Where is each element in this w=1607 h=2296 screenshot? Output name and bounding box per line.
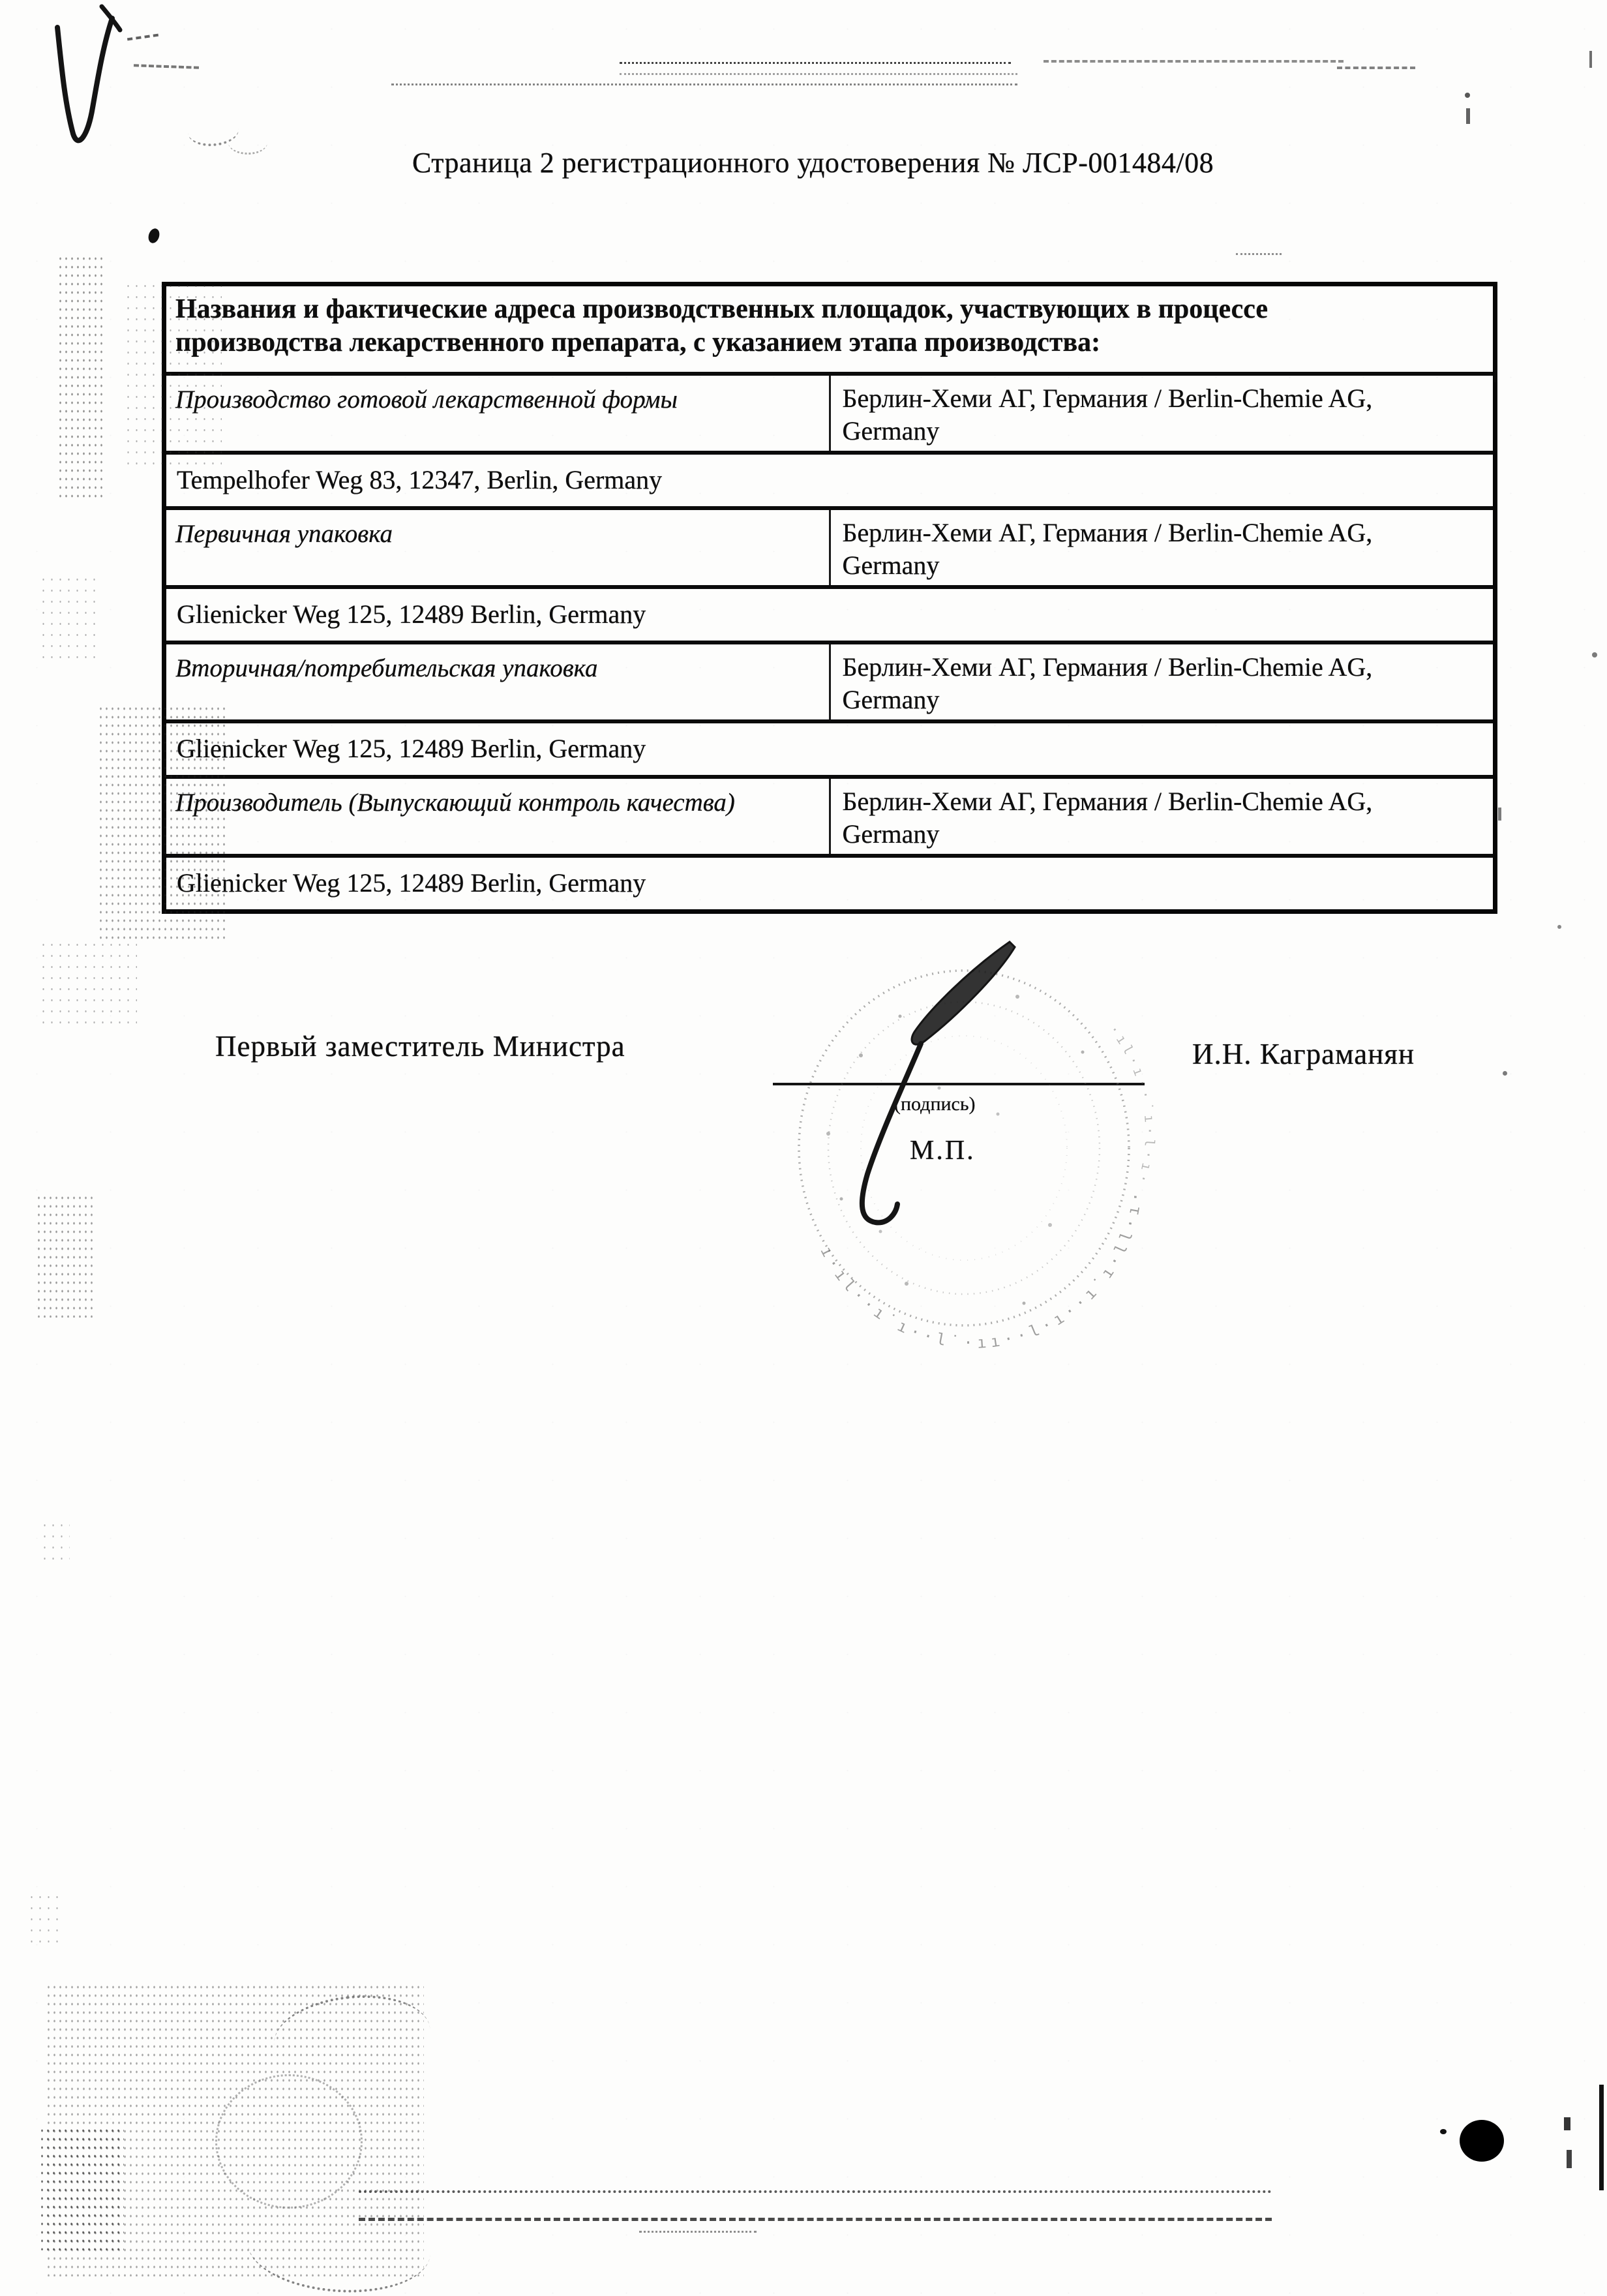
scan-artifact xyxy=(57,254,103,502)
table-row: Первичная упаковка Берлин-Хеми АГ, Герма… xyxy=(164,508,1495,587)
scan-artifact xyxy=(620,73,1017,75)
table-row: Производство готовой лекарственной формы… xyxy=(164,374,1495,453)
scan-artifact xyxy=(639,2231,757,2233)
official-stamp-and-signature: ı·ıl··ı˙ı··l˙·ıı··l·ı··ı˙ı·ll·ı· ·ıl·ı··… xyxy=(743,918,1200,1349)
round-stamp: ı·ıl··ı˙ı··l˙·ıı··l·ı··ı˙ı·ll·ı· ·ıl·ı··… xyxy=(799,971,1158,1349)
scan-artifact xyxy=(1564,2117,1570,2130)
table-header-row: Названия и фактические адреса производст… xyxy=(164,284,1495,374)
scan-artifact xyxy=(40,1520,70,1565)
scan-artifact xyxy=(1044,60,1344,63)
ink-blob-artifact xyxy=(147,227,161,245)
table-row: Производитель (Выпускающий контроль каче… xyxy=(164,777,1495,856)
svg-text:·ıl·ı··˙ı·l·ı·: ·ıl·ı··˙ı·l·ı· xyxy=(1106,1021,1158,1188)
scan-artifact xyxy=(1440,2129,1447,2134)
stage-cell: Вторичная/потребительская упаковка xyxy=(164,642,830,721)
scan-artifact xyxy=(1466,108,1470,124)
scan-artifact xyxy=(620,62,1011,64)
scan-artifact xyxy=(1589,51,1592,68)
scan-artifact xyxy=(1557,925,1561,929)
scan-artifact xyxy=(391,83,1017,85)
address-cell: Glienicker Weg 125, 12489 Berlin, German… xyxy=(164,721,1495,777)
scan-artifact xyxy=(359,2218,1272,2221)
scan-artifact xyxy=(1503,1071,1507,1076)
manufacturer-cell: Берлин-Хеми АГ, Германия / Berlin-Chemie… xyxy=(830,374,1495,453)
scan-artifact xyxy=(1236,253,1282,255)
table-row: Вторичная/потребительская упаковка Берли… xyxy=(164,642,1495,721)
address-cell: Tempelhofer Weg 83, 12347, Berlin, Germa… xyxy=(164,453,1495,508)
scan-artifact xyxy=(36,1194,95,1318)
table-header-line2: производства лекарственного препарата, с… xyxy=(175,326,1484,359)
scan-artifact xyxy=(39,574,98,665)
stage-cell: Производство готовой лекарственной формы xyxy=(164,374,830,453)
handwritten-signature xyxy=(862,942,1015,1222)
pen-mark-artifact xyxy=(39,0,163,170)
page-title: Страница 2 регистрационного удостоверени… xyxy=(412,146,1214,179)
svg-text:ı·ıl··ı˙ı··l˙·ıı··l·ı··ı˙ı·ll·: ı·ıl··ı˙ı··l˙·ıı··l·ı··ı˙ı·ll·ı· xyxy=(817,1187,1145,1349)
scan-artifact xyxy=(39,2126,124,2250)
scan-artifact xyxy=(1599,2085,1604,2190)
scan-artifact xyxy=(215,2074,363,2209)
stage-cell: Производитель (Выпускающий контроль каче… xyxy=(164,777,830,856)
scan-artifact xyxy=(27,1892,63,1950)
scan-artifact xyxy=(1498,808,1501,821)
manufacturer-cell: Берлин-Хеми АГ, Германия / Berlin-Chemie… xyxy=(830,777,1495,856)
punch-hole-dot xyxy=(1460,2120,1504,2162)
production-sites-table: Названия и фактические адреса производст… xyxy=(162,282,1497,914)
scan-artifact xyxy=(1567,2150,1572,2168)
table-row: Tempelhofer Weg 83, 12347, Berlin, Germa… xyxy=(164,453,1495,508)
scan-artifact xyxy=(1465,93,1470,98)
table-row: Glienicker Weg 125, 12489 Berlin, German… xyxy=(164,856,1495,912)
table-header-cell: Названия и фактические адреса производст… xyxy=(164,284,1495,374)
table-header-line1: Названия и фактические адреса производст… xyxy=(175,293,1484,326)
address-cell: Glienicker Weg 125, 12489 Berlin, German… xyxy=(164,856,1495,912)
scan-artifact xyxy=(98,704,228,939)
scan-artifact xyxy=(1494,370,1497,382)
scan-artifact xyxy=(1337,67,1415,69)
scan-artifact xyxy=(1592,652,1597,657)
scan-artifact xyxy=(39,939,137,1031)
manufacturer-cell: Берлин-Хеми АГ, Германия / Berlin-Chemie… xyxy=(830,642,1495,721)
scanned-certificate-page: Страница 2 регистрационного удостоверени… xyxy=(0,0,1607,2296)
table-row: Glienicker Weg 125, 12489 Berlin, German… xyxy=(164,587,1495,642)
scan-artifact xyxy=(228,130,267,155)
signatory-role: Первый заместитель Министра xyxy=(215,1029,625,1063)
table-row: Glienicker Weg 125, 12489 Berlin, German… xyxy=(164,721,1495,777)
signatory-name: И.Н. Каграманян xyxy=(1192,1037,1415,1071)
manufacturer-cell: Берлин-Хеми АГ, Германия / Berlin-Chemie… xyxy=(830,508,1495,587)
scan-artifact xyxy=(359,2190,1272,2193)
stage-cell: Первичная упаковка xyxy=(164,508,830,587)
scan-artifact xyxy=(124,280,222,470)
address-cell: Glienicker Weg 125, 12489 Berlin, German… xyxy=(164,587,1495,642)
